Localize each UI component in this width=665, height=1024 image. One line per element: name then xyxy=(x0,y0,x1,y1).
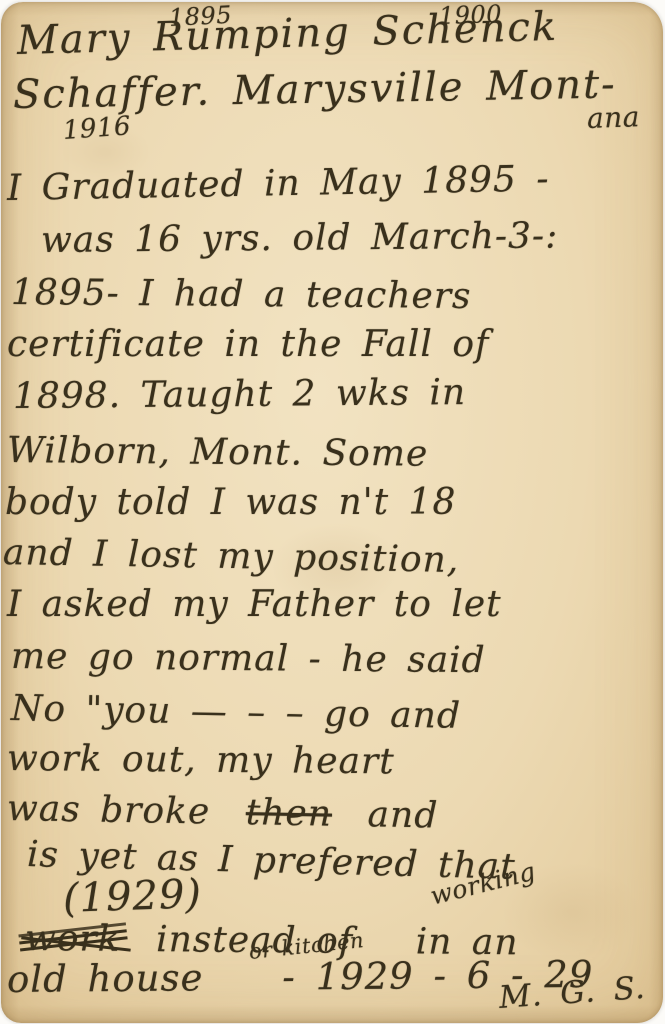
handwriting-line-3: 1895- I had a teachers xyxy=(11,272,472,317)
handwriting-line-13: was broke then and xyxy=(7,788,439,837)
handwriting-line-11: No "you — – – go and xyxy=(11,688,462,737)
line13-text-start: was broke xyxy=(7,788,211,833)
annotation-montana-continuation: ana xyxy=(586,100,640,135)
scribbled-out-word-work: work xyxy=(25,918,121,960)
header-name-line: Mary Rumping Schenck xyxy=(16,4,558,64)
header-location-line: Schaffer. Marysville Mont- xyxy=(13,61,617,118)
handwriting-line-5: 1898. Taught 2 wks in xyxy=(13,372,466,417)
line13-text-end: and xyxy=(367,794,438,836)
handwriting-line-7: body told I was n't 18 xyxy=(5,482,456,523)
handwriting-line-1: I Graduated in May 1895 - xyxy=(7,159,550,209)
annotation-year-1916: 1916 xyxy=(62,111,132,146)
handwriting-line-2: was 16 yrs. old March-3-: xyxy=(41,215,559,261)
handwriting-line-4: certificate in the Fall of xyxy=(7,324,489,365)
crossed-out-word-then: then xyxy=(245,792,332,834)
handwriting-line-6: Wilborn, Mont. Some xyxy=(7,430,429,475)
handwriting-line-12: work out, my heart xyxy=(7,738,395,782)
old-house-text: old house xyxy=(7,956,204,1001)
handwriting-line-10: me go normal - he said xyxy=(11,636,486,681)
scan-background: 1895 1900 Mary Rumping Schenck Schaffer.… xyxy=(0,0,665,1024)
handwriting-line-9: I asked my Father to let xyxy=(7,584,502,625)
handwriting-line-8: and I lost my position, xyxy=(3,532,460,581)
postcard: 1895 1900 Mary Rumping Schenck Schaffer.… xyxy=(1,2,663,1023)
annotation-year-1929: (1929) xyxy=(62,871,203,922)
